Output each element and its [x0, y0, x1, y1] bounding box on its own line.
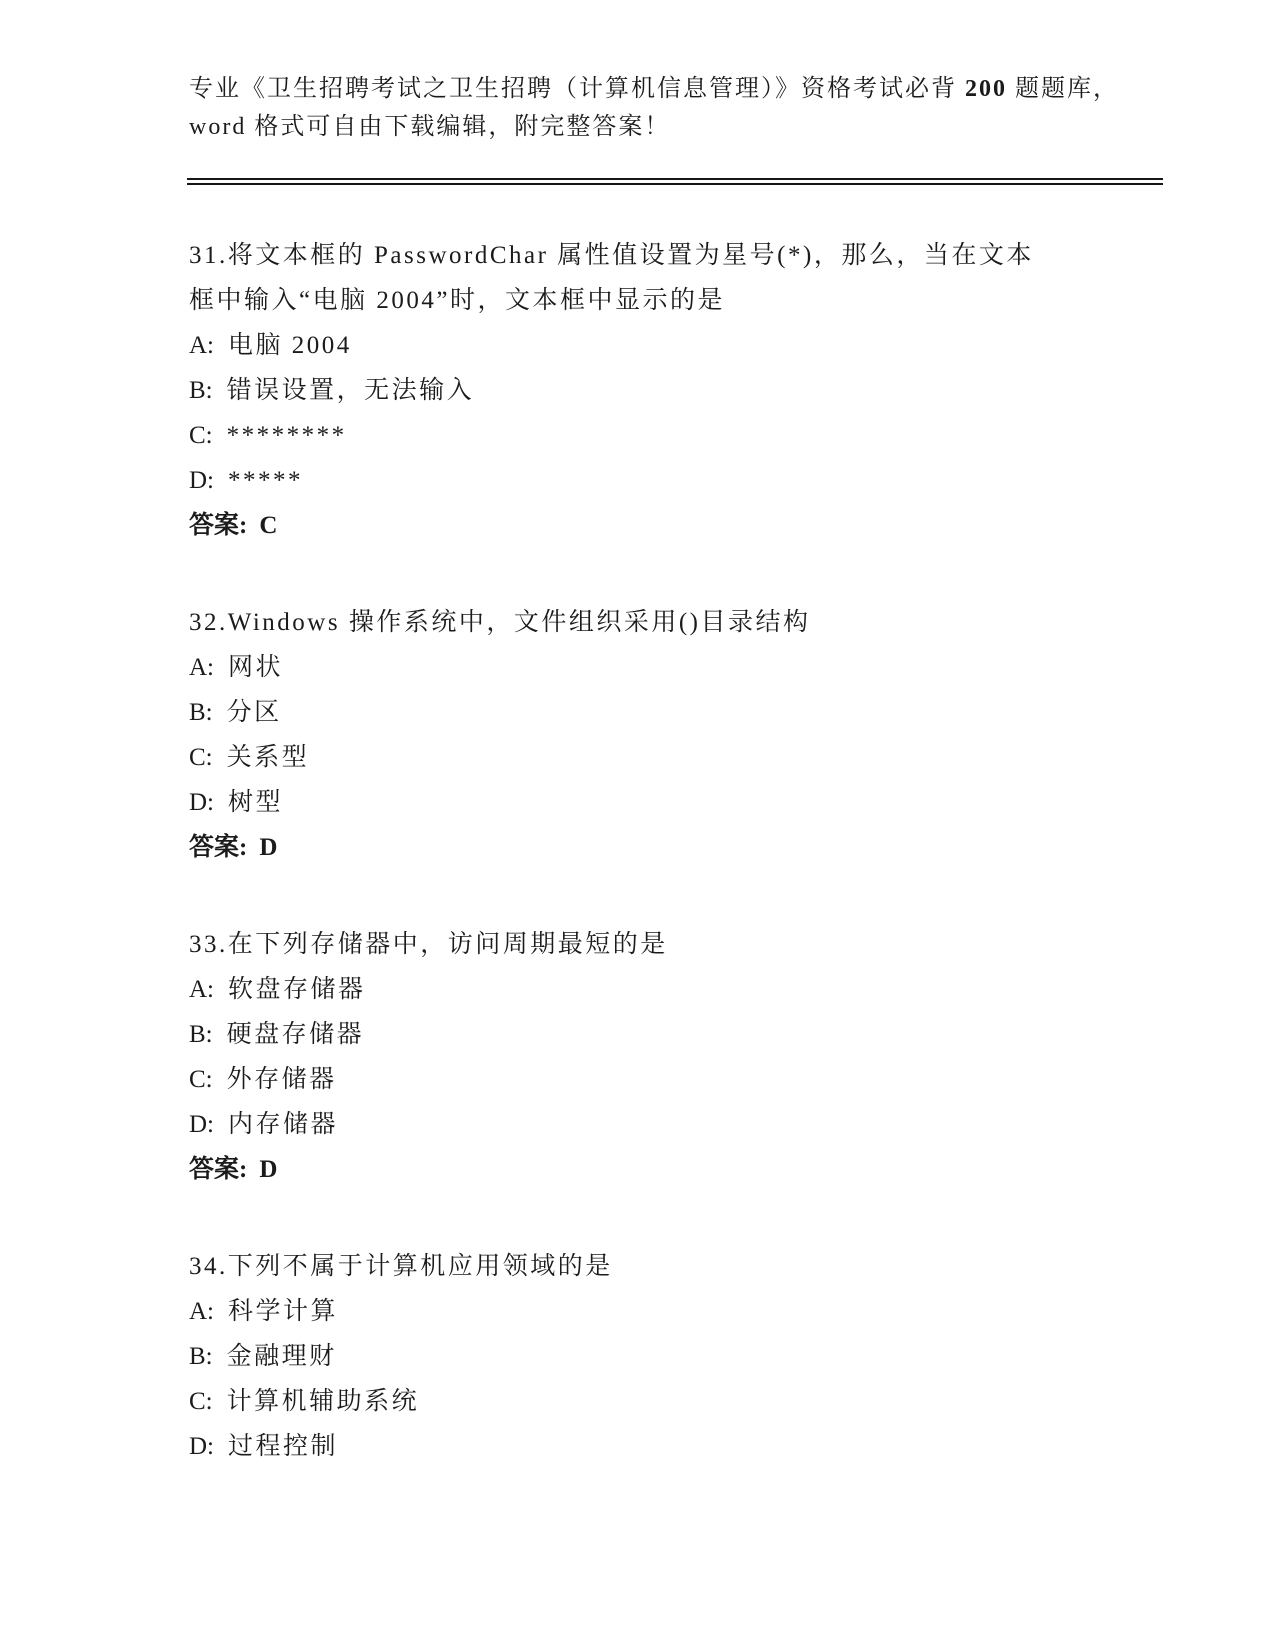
option-label: D: — [189, 780, 214, 825]
option-label: D: — [189, 458, 214, 503]
answer-label: 答案: — [189, 825, 247, 870]
option-c: C:外存储器 — [189, 1057, 1129, 1102]
option-b: B:分区 — [189, 690, 1129, 735]
option-label: C: — [189, 1057, 213, 1102]
question-list: 31.将文本框的 PasswordChar 属性值设置为星号(*)，那么，当在文… — [189, 233, 1129, 1521]
option-text: 硬盘存储器 — [227, 1021, 365, 1048]
option-label: A: — [189, 323, 214, 368]
answer-label: 答案: — [189, 503, 247, 548]
option-b: B:硬盘存储器 — [189, 1012, 1129, 1057]
header-divider-rule — [187, 178, 1163, 185]
option-text: 外存储器 — [227, 1066, 337, 1093]
option-c: C:******** — [189, 413, 1129, 458]
option-b: B:金融理财 — [189, 1334, 1129, 1379]
option-label: A: — [189, 1289, 214, 1334]
document-page: 专业《卫生招聘考试之卫生招聘（计算机信息管理）》资格考试必背 200 题题库， … — [0, 0, 1275, 1650]
option-label: C: — [189, 413, 213, 458]
option-text: ***** — [228, 467, 303, 494]
option-label: A: — [189, 645, 214, 690]
option-d: D:内存储器 — [189, 1102, 1129, 1147]
option-text: 内存储器 — [228, 1111, 338, 1138]
answer-line: 答案:D — [189, 825, 1129, 870]
question-text-line: 框中输入“电脑 2004”时，文本框中显示的是 — [189, 278, 1129, 323]
option-text: 软盘存储器 — [228, 976, 366, 1003]
answer-value: D — [259, 834, 280, 861]
option-text: ******** — [227, 422, 347, 449]
option-d: D:过程控制 — [189, 1424, 1129, 1469]
question-34: 34.下列不属于计算机应用领域的是 A:科学计算 B:金融理财 C:计算机辅助系… — [189, 1244, 1129, 1469]
header-text-pre: 专业《卫生招聘考试之卫生招聘（计算机信息管理）》资格考试必背 — [189, 76, 965, 102]
question-32: 32.Windows 操作系统中，文件组织采用()目录结构 A:网状 B:分区 … — [189, 600, 1129, 870]
header-line-2: word 格式可自由下载编辑，附完整答案！ — [189, 108, 1119, 146]
option-text: 树型 — [228, 789, 283, 816]
option-label: D: — [189, 1424, 214, 1469]
answer-label: 答案: — [189, 1147, 247, 1192]
option-c: C:计算机辅助系统 — [189, 1379, 1129, 1424]
question-text-line: 34.下列不属于计算机应用领域的是 — [189, 1244, 1129, 1289]
question-text-line: 32.Windows 操作系统中，文件组织采用()目录结构 — [189, 600, 1129, 645]
option-a: A:软盘存储器 — [189, 967, 1129, 1012]
option-label: B: — [189, 1012, 213, 1057]
option-d: D:树型 — [189, 780, 1129, 825]
answer-value: C — [259, 512, 280, 539]
option-text: 分区 — [227, 699, 282, 726]
option-c: C:关系型 — [189, 735, 1129, 780]
option-b: B:错误设置，无法输入 — [189, 368, 1129, 413]
option-text: 科学计算 — [228, 1298, 338, 1325]
question-31: 31.将文本框的 PasswordChar 属性值设置为星号(*)，那么，当在文… — [189, 233, 1129, 548]
option-a: A:电脑 2004 — [189, 323, 1129, 368]
option-label: B: — [189, 690, 213, 735]
question-text-line: 31.将文本框的 PasswordChar 属性值设置为星号(*)，那么，当在文… — [189, 233, 1129, 278]
option-label: B: — [189, 368, 213, 413]
question-text-line: 33.在下列存储器中，访问周期最短的是 — [189, 922, 1129, 967]
option-a: A:科学计算 — [189, 1289, 1129, 1334]
answer-value: D — [259, 1156, 280, 1183]
option-label: A: — [189, 967, 214, 1012]
option-label: B: — [189, 1334, 213, 1379]
header-count-number: 200 — [965, 76, 1007, 102]
option-a: A:网状 — [189, 645, 1129, 690]
option-text: 网状 — [228, 654, 283, 681]
question-33: 33.在下列存储器中，访问周期最短的是 A:软盘存储器 B:硬盘存储器 C:外存… — [189, 922, 1129, 1192]
answer-line: 答案:C — [189, 503, 1129, 548]
option-label: D: — [189, 1102, 214, 1147]
option-text: 金融理财 — [227, 1343, 337, 1370]
option-label: C: — [189, 735, 213, 780]
answer-line: 答案:D — [189, 1147, 1129, 1192]
option-text: 错误设置，无法输入 — [227, 377, 475, 404]
document-header: 专业《卫生招聘考试之卫生招聘（计算机信息管理）》资格考试必背 200 题题库， … — [189, 70, 1119, 146]
header-line-1: 专业《卫生招聘考试之卫生招聘（计算机信息管理）》资格考试必背 200 题题库， — [189, 70, 1119, 108]
header-text-post: 题题库， — [1007, 76, 1119, 102]
option-text: 关系型 — [227, 744, 310, 771]
option-d: D:***** — [189, 458, 1129, 503]
option-text: 电脑 2004 — [228, 332, 352, 359]
option-text: 计算机辅助系统 — [227, 1388, 420, 1415]
option-label: C: — [189, 1379, 213, 1424]
option-text: 过程控制 — [228, 1433, 338, 1460]
